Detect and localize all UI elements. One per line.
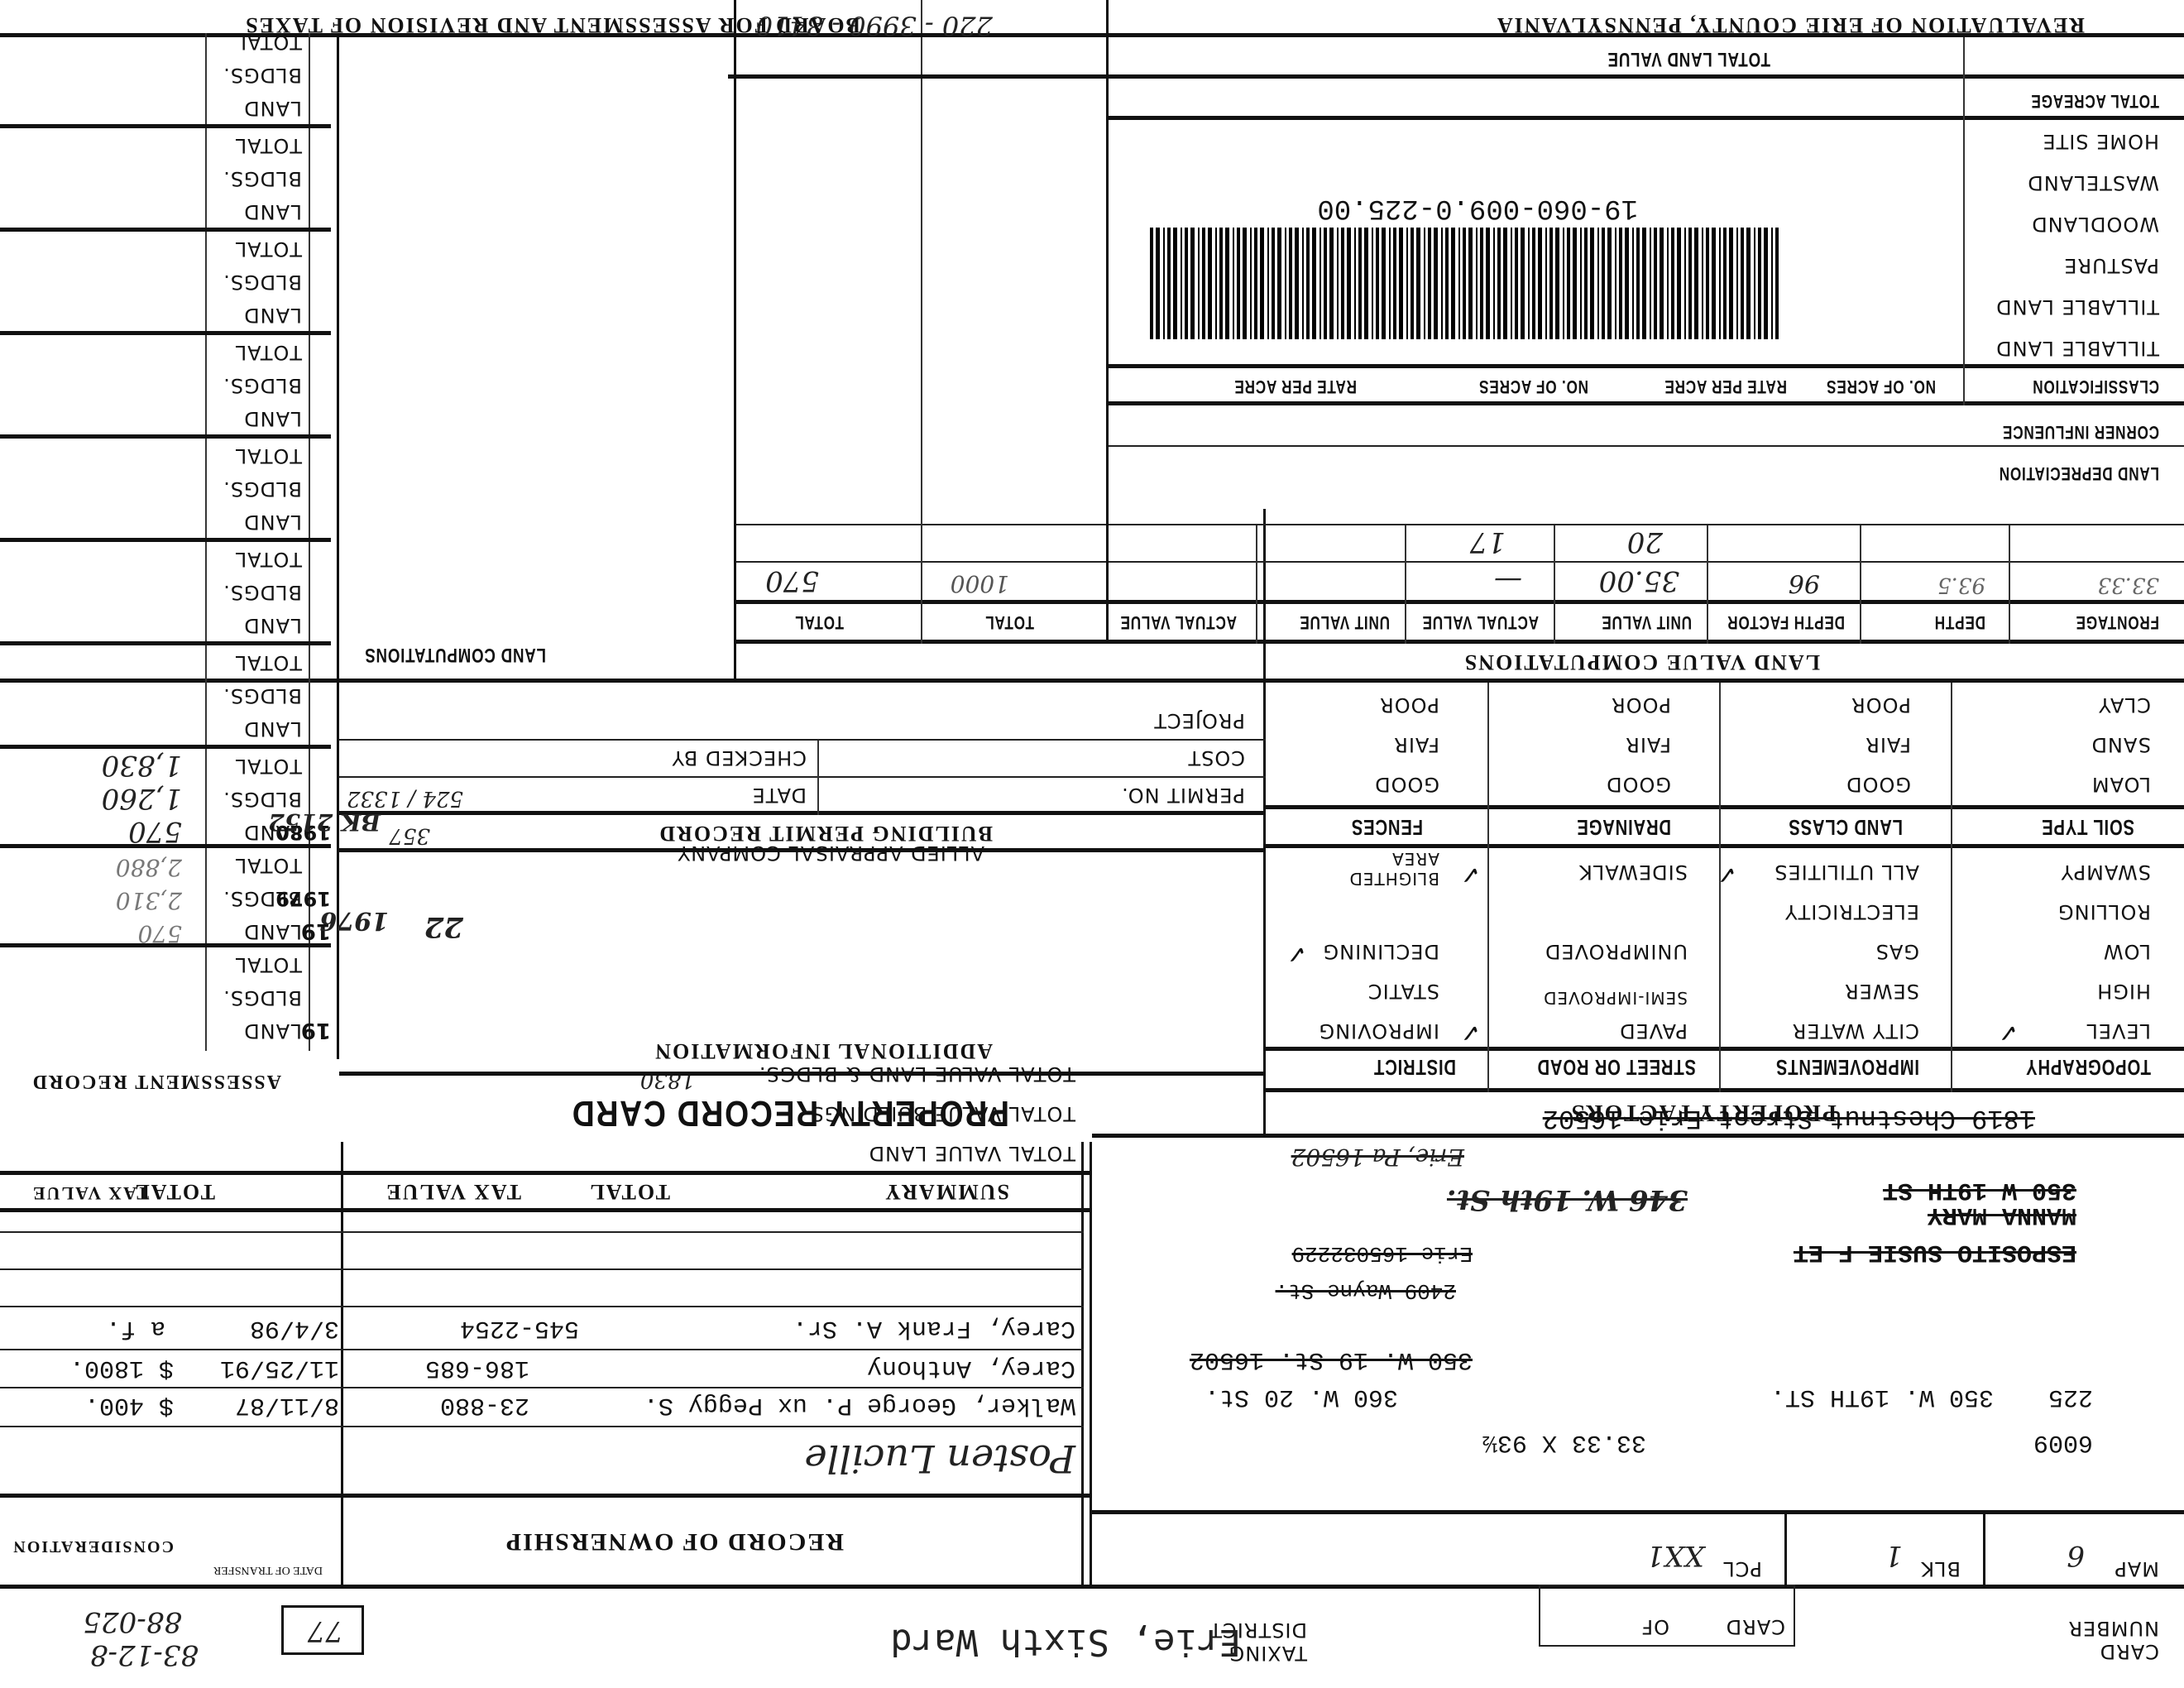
divider [1784, 1514, 1787, 1589]
improv-gas[interactable]: GAS [1875, 940, 1919, 963]
row-label-total: TOTAL [235, 854, 302, 877]
divider [728, 74, 2184, 79]
lvc-actual-value-2: 17 [1470, 525, 1506, 559]
row-label-bldgs: BLDGS. [223, 788, 302, 811]
divider [339, 1072, 1266, 1076]
permit-handwritten: 357 [389, 823, 430, 848]
divider [817, 741, 819, 815]
of-label: OF [1640, 1615, 1669, 1638]
lvc-col-depth: DEPTH [1934, 611, 1985, 633]
lvc-col-actual-value-2: ACTUAL VALUE [1120, 611, 1237, 633]
blk-label: BLK [1920, 1557, 1961, 1580]
owner-record-4-consideration: a f. [106, 1314, 165, 1342]
struck-owner-1: ESPOSITO SUSIE F ET [1794, 1238, 2076, 1266]
divider [0, 1208, 1092, 1212]
classification-header: CLASSIFICATION [2032, 376, 2159, 397]
owner-address-4: Erie 165032229 [1292, 1241, 1473, 1266]
divider [1951, 683, 1952, 1092]
row-label-total: TOTAL [235, 444, 302, 468]
divider [1719, 683, 1721, 1092]
pf-col-topography: TOPOGRAPHY [2025, 1054, 2151, 1080]
divider [1109, 116, 2184, 120]
cost-label: COST [1187, 746, 1245, 770]
permit-handwritten-date: 524 / 1332 [347, 786, 463, 811]
pcl-value[interactable]: XX1 [1646, 1539, 1704, 1572]
row-label-bldgs: BLDGS. [223, 477, 302, 501]
district-blighted[interactable]: BLIGHTED AREA [1324, 849, 1439, 889]
divider [0, 1387, 1084, 1388]
owner-address-1: 360 W. 20 St. [1205, 1383, 1398, 1411]
no-of-acres-1: NO. OF ACRES [1826, 376, 1936, 397]
divider [0, 331, 331, 335]
class-row-tillable-2: TILLABLE LAND [1995, 295, 2159, 319]
row-label-bldgs: BLDGS. [223, 684, 302, 707]
map-code: 6009 [2033, 1428, 2093, 1456]
date-label: DATE [752, 784, 807, 807]
corner-note-2: 88-025 [83, 1605, 182, 1638]
class-row-woodland: WOODLAND [2031, 213, 2159, 236]
row-label-total: TOTAL [235, 755, 302, 778]
property-factors-title: PROPERTY FACTORS [1570, 1099, 1837, 1125]
divider [1860, 525, 1861, 644]
drainage-header: DRAINAGE [1577, 814, 1671, 840]
soil-loam[interactable]: LOAM [2091, 773, 2151, 796]
lvc-total-a: 1000 [951, 570, 1009, 597]
check-icon: ✓ [1460, 1018, 1481, 1047]
divider [0, 679, 2184, 683]
owner-record-2-deed: 23-880 [440, 1391, 529, 1419]
divider [0, 1426, 1084, 1427]
fences-poor[interactable]: POOR [1379, 693, 1439, 717]
ownership-title: RECORD OF OWNERSHIP [505, 1527, 844, 1556]
topo-swampy[interactable]: SWAMPY [2061, 861, 2151, 884]
row-label-land: LAND [243, 920, 302, 943]
divider [1109, 401, 2184, 405]
soil-clay[interactable]: CLAY [2098, 693, 2151, 717]
lvc-col-actual-value-1: ACTUAL VALUE [1422, 611, 1539, 633]
land-class-poor[interactable]: POOR [1851, 693, 1911, 717]
card-label: CARD [1726, 1615, 1785, 1638]
row-label-total: TOTAL [235, 134, 302, 157]
owner-record-2-name: Walker, George P. ux Peggy S. [644, 1391, 1075, 1419]
divider [339, 739, 1266, 741]
assessed-bldgs-1980: 1,260 [102, 782, 182, 815]
fences-good[interactable]: GOOD [1374, 773, 1439, 796]
divider [1707, 525, 1708, 644]
handwritten-city: Erie, Pa 16502 [1291, 1144, 1464, 1171]
topo-level[interactable]: LEVEL [2086, 1019, 2152, 1043]
corner-influence-label: CORNER INFLUENCE [2002, 421, 2159, 443]
street-sidewalk[interactable]: SIDEWALK [1578, 861, 1688, 884]
assessed-total-1979: 2,880 [116, 854, 182, 881]
divider [921, 0, 922, 644]
drainage-poor[interactable]: POOR [1611, 693, 1671, 717]
lvc-unit-value: 35.00 [1599, 564, 1679, 597]
district-declining[interactable]: DECLINING [1323, 940, 1439, 963]
lvc-depth-factor-value: 96 [1789, 568, 1820, 597]
parcel-number: 19-060-009.0-225.00 [1317, 192, 1638, 223]
property-record-card: CARD NUMBER CARD OF TAXING DISTRICT Erie… [0, 0, 2184, 1688]
district-improving[interactable]: IMPROVING [1319, 1019, 1439, 1043]
lvc-depth-value: 93.5 [1937, 573, 1985, 597]
divider [1983, 1514, 1985, 1589]
row-label-total: TOTAL [235, 548, 302, 571]
permit-no-label: PERMIT NO. [1121, 784, 1245, 807]
land-class-fair[interactable]: FAIR [1865, 733, 1911, 756]
year-prefix: 19 [301, 1018, 331, 1043]
topo-low[interactable]: LOW [2103, 940, 2151, 963]
date-of-transfer-label: DATE OF TRANSFER [213, 1563, 323, 1576]
drainage-fair[interactable]: FAIR [1625, 733, 1671, 756]
soil-type-header: SOIL TYPE [2041, 814, 2134, 840]
row-label-land: LAND [243, 717, 302, 741]
owner-record-3-date: 11/25/91 [220, 1354, 339, 1382]
owner-record-1-name: Posten Lucille [804, 1436, 1075, 1481]
topo-high[interactable]: HIGH [2096, 980, 2151, 1003]
lvc-frontage-value: 33.33 [2098, 573, 2159, 597]
divider [1106, 0, 1109, 644]
divider [0, 434, 331, 439]
parcel-barcode [1150, 228, 1779, 339]
summary-title: SUMMARY [884, 1179, 1009, 1204]
summary-col-tax-2: TAX VALUE [31, 1182, 149, 1204]
drainage-good[interactable]: GOOD [1606, 773, 1671, 796]
land-value-computations-title: LAND VALUE COMPUTATIONS [1463, 650, 1820, 674]
improv-sewer[interactable]: SEWER [1844, 980, 1919, 1003]
divider [0, 228, 331, 232]
lvc-col-frontage: FRONTAGE [2076, 611, 2159, 633]
divider [1405, 525, 1406, 644]
divider [205, 33, 207, 1051]
assessed-bldgs-1979: 2,310 [116, 887, 182, 914]
class-row-home-site: HOME SITE [2042, 130, 2159, 153]
rate-per-acre-2: RATE PER ACRE [1234, 376, 1357, 397]
divider [0, 1306, 1084, 1307]
header-right-title: BOARD FOR ASSESSMENT AND REVISION OF TAX… [244, 12, 860, 37]
rate-per-acre-1: RATE PER ACRE [1664, 376, 1787, 397]
fences-fair[interactable]: FAIR [1393, 733, 1439, 756]
land-class-header: LAND CLASS [1789, 814, 1903, 840]
divider [736, 600, 2184, 604]
divider [1266, 844, 2184, 848]
fences-header: FENCES [1351, 814, 1423, 840]
divider [736, 640, 2184, 644]
street-unimproved[interactable]: UNIMPROVED [1545, 940, 1688, 963]
check-icon: ✓ [1460, 860, 1481, 889]
lvc-col-total-1: TOTAL [984, 611, 1034, 633]
owner-record-3-name: Carey, Anthony [867, 1354, 1075, 1382]
pf-col-improvements: IMPROVEMENTS [1775, 1054, 1919, 1080]
land-class-good[interactable]: GOOD [1846, 773, 1911, 796]
divider [0, 745, 331, 749]
handwritten-address: 346 W. 19th St. [1447, 1183, 1688, 1216]
pf-col-district: DISTRICT [1373, 1054, 1456, 1080]
struck-owner-3: 350 W 19TH ST [1883, 1176, 2076, 1204]
topo-rolling[interactable]: ROLLING [2057, 900, 2151, 923]
divider [0, 1494, 1092, 1498]
corner-box-value: 77 [308, 1614, 343, 1647]
divider [0, 1268, 1084, 1270]
assessment-record-title: ASSESSMENT RECORD [31, 1070, 281, 1092]
district-static[interactable]: STATIC [1367, 980, 1439, 1003]
pcl-label: PCL [1722, 1557, 1762, 1580]
lvc-col-unit-value-2: UNIT VALUE [1300, 611, 1390, 633]
divider [2009, 525, 2010, 644]
divider [0, 1171, 1092, 1175]
class-row-pasture: PASTURE [2063, 254, 2159, 277]
divider [0, 538, 331, 542]
divider [1109, 364, 2184, 368]
owner-address-3: 2409 Wayne St. [1276, 1278, 1456, 1303]
improv-all-utilities[interactable]: ALL UTILITIES [1774, 861, 1919, 884]
divider [1487, 683, 1489, 1092]
row-label-bldgs: BLDGS. [223, 986, 302, 1009]
divider [337, 33, 339, 1059]
row-label-bldgs: BLDGS. [223, 167, 302, 190]
divider [0, 124, 331, 128]
house-number: 225 [2048, 1383, 2093, 1411]
lot-size: 33.33 X 93½ [1482, 1428, 1646, 1456]
divider [1092, 1510, 2184, 1514]
owner-record-3-consideration: $ 1800. [69, 1354, 174, 1382]
row-label-total: TOTAL [235, 341, 302, 364]
card-of-box[interactable]: CARD OF [1539, 1585, 1795, 1647]
divider [0, 1585, 1092, 1589]
check-icon: ✓ [1286, 939, 1307, 968]
lvc-col-unit-value-1: UNIT VALUE [1602, 611, 1692, 633]
consideration-label: CONSIDERATION [12, 1537, 174, 1556]
divider [1963, 37, 1965, 405]
summary-row-land: TOTAL VALUE LAND [869, 1142, 1075, 1165]
divider [1256, 525, 1257, 644]
owner-record-2-consideration: $ 400. [84, 1391, 174, 1419]
row-label-land: LAND [243, 97, 302, 120]
map-label: MAP [2114, 1557, 2159, 1580]
divider [339, 848, 1266, 852]
divider [1092, 1134, 2184, 1138]
owner-record-3-deed: 186-685 [425, 1354, 529, 1382]
corner-box: 77 [281, 1605, 364, 1655]
row-label-land: LAND [243, 407, 302, 430]
project-label: PROJECT [1153, 709, 1245, 732]
lvc-actual-value: — [1494, 564, 1522, 597]
soil-sand[interactable]: SAND [2091, 733, 2151, 756]
divider [1554, 525, 1555, 644]
row-label-bldgs: BLDGS. [223, 581, 302, 604]
summary-col-tax-1: TAX VALUE [385, 1179, 521, 1204]
summary-col-total-1: TOTAL [588, 1179, 670, 1204]
row-label-land: LAND [243, 304, 302, 327]
row-label-bldgs: BLDGS. [223, 271, 302, 294]
lvc-col-total-2: TOTAL [794, 611, 844, 633]
owner-record-4-name: Carey, Frank A. Sr. [793, 1314, 1075, 1342]
lvc-col-depth-factor: DEPTH FACTOR [1727, 611, 1845, 633]
row-label-total: TOTAL [235, 237, 302, 261]
improv-electricity[interactable]: ELECTRICITY [1784, 900, 1919, 923]
no-of-acres-2: NO. OF ACRES [1478, 376, 1588, 397]
divider [1266, 1047, 2184, 1051]
row-label-land: LAND [243, 511, 302, 534]
card-number-label: CARD NUMBER [2052, 1617, 2159, 1663]
divider [0, 1349, 1084, 1350]
total-acreage-label: TOTAL ACREAGE [2031, 90, 2159, 112]
additional-info-title: ADDITIONAL INFORMATION [654, 1038, 993, 1063]
checked-by-label: CHECKED BY [671, 746, 807, 770]
row-label-land: LAND [243, 1019, 302, 1043]
lvc-unit-value-2: 20 [1627, 525, 1663, 559]
divider [1266, 1088, 2184, 1092]
row-label-land: LAND [243, 200, 302, 223]
divider [736, 524, 2184, 525]
row-label-land: LAND [243, 614, 302, 637]
corner-note-1: 83-12-8 [90, 1638, 199, 1671]
row-label-total: TOTAL [235, 953, 302, 976]
assessed-land-1979: 570 [138, 920, 182, 947]
header-left-title: REVALUATION OF ERIE COUNTY, PENNSYLVANIA [1496, 12, 2085, 37]
row-label-bldgs: BLDGS. [223, 64, 302, 87]
class-row-wasteland: WASTELAND [2027, 171, 2159, 194]
divider [0, 1231, 1084, 1233]
row-label-bldgs: BLDGS. [223, 887, 302, 910]
check-icon: ✓ [1998, 1018, 2019, 1047]
total-land-value-label: TOTAL LAND VALUE [1607, 47, 1770, 70]
land-computations-label: LAND COMPUTATIONS [364, 643, 546, 666]
divider [339, 811, 1266, 815]
improv-city-water[interactable]: CITY WATER [1792, 1019, 1919, 1043]
street-semi-improved[interactable]: SEMI-IMPROVED [1543, 988, 1688, 1008]
divider [1266, 805, 2184, 809]
class-row-tillable-1: TILLABLE LAND [1995, 337, 2159, 360]
lvc-total-b: 570 [765, 564, 819, 597]
owner-record-4-deed: 545-2254 [460, 1314, 579, 1342]
row-label-land: LAND [243, 821, 302, 844]
additional-info-note: 22 [424, 910, 463, 943]
divider [734, 0, 736, 683]
map-value[interactable]: 6 [2067, 1539, 2085, 1572]
permit-title: BUILDING PERMIT RECORD [658, 821, 993, 846]
pf-col-street: STREET OR ROAD [1537, 1054, 1696, 1080]
land-depreciation-label: LAND DEPRECIATION [1999, 463, 2159, 484]
owner-record-2-date: 8/11/87 [235, 1391, 339, 1419]
owner-record-4-date: 3/4/98 [250, 1314, 339, 1342]
assessed-land-1980: 570 [128, 815, 182, 848]
struck-owner-2: MANNA MARY [1928, 1201, 2076, 1229]
divider [736, 561, 2184, 563]
owner-address-2: 350 W. 19 St. 16502 [1190, 1345, 1473, 1374]
card-title: PROPERTY RECORD CARD [571, 1092, 1009, 1134]
divider [1109, 445, 2184, 447]
street-paved[interactable]: PAVED [1619, 1019, 1688, 1043]
divider [0, 641, 331, 645]
taxing-district-value: Erie, Sixth Ward [890, 1621, 1241, 1663]
book-ref: 1976 [320, 906, 390, 935]
row-label-total: TOTAL [235, 651, 302, 674]
divider [339, 776, 1266, 778]
street-address: 350 W. 19TH ST. [1770, 1383, 1994, 1411]
row-label-bldgs: BLDGS. [223, 374, 302, 397]
assessed-total-1980: 1,830 [102, 749, 182, 782]
blk-value[interactable]: 1 [1885, 1539, 1903, 1572]
